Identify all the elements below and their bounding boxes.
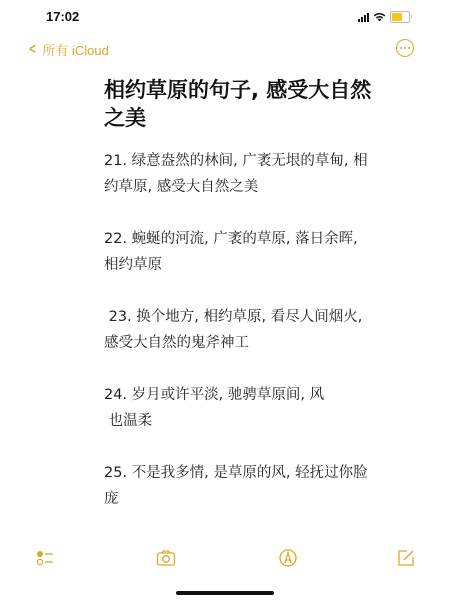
note-paragraph: 24. 岁月或许平淡, 驰骋草原间, 风 也温柔	[104, 382, 376, 434]
checklist-icon	[36, 548, 56, 568]
dot	[408, 47, 410, 49]
back-button[interactable]: < 所有 iCloud	[28, 40, 109, 59]
note-paragraph: 21. 绿意盎然的林间, 广袤无垠的草甸, 相约草原, 感受大自然之美	[104, 148, 376, 200]
wifi-icon	[373, 12, 386, 22]
note-paragraph: 22. 蜿蜒的河流, 广袤的草原, 落日余晖, 相约草原	[104, 226, 376, 278]
cellular-signal-icon	[358, 13, 369, 22]
compose-icon	[396, 548, 416, 568]
markup-button[interactable]	[278, 548, 298, 572]
dot	[404, 47, 406, 49]
camera-button[interactable]	[156, 548, 176, 572]
home-indicator	[176, 591, 274, 595]
markup-pen-icon	[278, 548, 298, 568]
note-paragraph: 25. 不是我多情, 是草原的风, 轻抚过你脸庞	[104, 460, 376, 512]
status-time: 17:02	[46, 9, 79, 24]
nav-bar: < 所有 iCloud	[0, 36, 450, 62]
battery-icon	[390, 11, 410, 23]
camera-icon	[156, 548, 176, 568]
note-body[interactable]: 21. 绿意盎然的林间, 广袤无垠的草甸, 相约草原, 感受大自然之美 22. …	[104, 148, 376, 538]
status-icons	[358, 11, 410, 23]
note-paragraph: 23. 换个地方, 相约草原, 看尽人间烟火, 感受大自然的鬼斧神工	[104, 304, 376, 356]
status-bar: 17:02	[0, 0, 450, 34]
compose-button[interactable]	[396, 548, 416, 572]
checklist-button[interactable]	[36, 548, 56, 572]
dot	[400, 47, 402, 49]
bottom-toolbar	[0, 548, 450, 574]
back-label: 所有 iCloud	[42, 40, 108, 59]
more-button[interactable]	[396, 39, 414, 57]
chevron-left-icon: <	[29, 41, 36, 59]
note-title[interactable]: 相约草原的句子, 感受大自然之美	[104, 76, 374, 132]
